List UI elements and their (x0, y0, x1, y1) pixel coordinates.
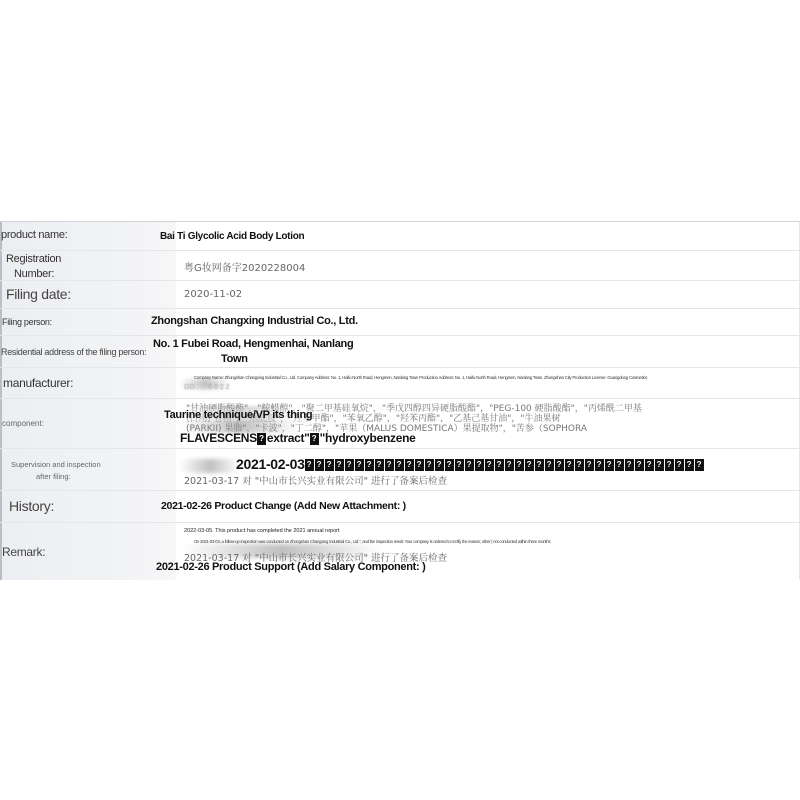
replacement-char-icon: ? (315, 459, 324, 471)
blur-smear (180, 459, 240, 473)
replacement-char-icon: ? (485, 459, 494, 471)
replacement-char-icon: ? (675, 459, 684, 471)
replacement-char-icon: ? (635, 459, 644, 471)
replacement-char-icon: ? (445, 459, 454, 471)
replacement-char-icon: ? (665, 459, 674, 471)
label-product-name: product name: (1, 229, 67, 241)
replacement-char-icon: ? (257, 433, 266, 445)
replacement-char-icon: ? (655, 459, 664, 471)
replacement-char-icon: ? (595, 459, 604, 471)
value-manufacturer: Company Name: Zhongshan Changxing Indust… (194, 375, 647, 380)
replacement-char-icon: ? (325, 459, 334, 471)
value-filing-person: Zhongshan Changxing Industrial Co., Ltd. (151, 315, 358, 327)
replacement-char-icon: ? (310, 433, 319, 445)
replacement-char-icon: ? (425, 459, 434, 471)
row-supervision: Supervision and inspection after filing:… (0, 449, 799, 491)
replacement-char-icon: ? (385, 459, 394, 471)
label-history: History: (9, 498, 54, 514)
replacement-char-icon: ? (575, 459, 584, 471)
label-filing-date: Filing date: (6, 286, 71, 302)
replacement-char-icon: ? (585, 459, 594, 471)
row-manufacturer: manufacturer: Company Name: Zhongshan Ch… (0, 368, 799, 399)
row-product-name: product name: Bai Ti Glycolic Acid Body … (0, 222, 799, 251)
label-component: component: (2, 419, 44, 428)
value-product-name: Bai Ti Glycolic Acid Body Lotion (160, 231, 304, 242)
row-component: component: "甘油硬脂酸酯"，"鲸蜡醇"，"聚二甲基硅氧烷"，"季戊四… (0, 399, 799, 449)
replacement-char-icon: ? (495, 459, 504, 471)
replacement-char-icon: ? (365, 459, 374, 471)
replacement-char-icon: ? (555, 459, 564, 471)
replacement-char-icon: ? (415, 459, 424, 471)
row-filing-date: Filing date: 2020-11-02 (0, 281, 799, 309)
replacement-char-icon: ? (395, 459, 404, 471)
replacement-char-icon: ? (515, 459, 524, 471)
value-address-line1: No. 1 Fubei Road, Hengmenhai, Nanlang (153, 338, 353, 350)
replacement-char-icon: ? (355, 459, 364, 471)
label-registration-number-2: Number: (14, 268, 54, 280)
garbled-text: ???????????????????????????????????????? (305, 456, 705, 472)
supervision-cn-line: 2021-03-17 对 "中山市长兴实业有限公司" 进行了备案后检查 (184, 473, 447, 487)
replacement-char-icon: ? (455, 459, 464, 471)
replacement-char-icon: ? (695, 459, 704, 471)
replacement-char-icon: ? (545, 459, 554, 471)
replacement-char-icon: ? (465, 459, 474, 471)
value-history: 2021-02-26 Product Change (Add New Attac… (161, 500, 406, 512)
label-supervision-1: Supervision and inspection (11, 460, 101, 469)
label-manufacturer: manufacturer: (3, 376, 73, 390)
value-address-line2: Town (221, 353, 248, 365)
replacement-char-icon: ? (335, 459, 344, 471)
replacement-char-icon: ? (535, 459, 544, 471)
replacement-char-icon: ? (375, 459, 384, 471)
component-overlay-line2: FLAVESCENS?extract"?"hydroxybenzene (180, 431, 415, 445)
replacement-char-icon: ? (405, 459, 414, 471)
label-residential-address: Residential address of the filing person… (1, 347, 146, 357)
label-registration-number-1: Registration (6, 253, 61, 265)
supervision-overlay: 2021-02-03??????????????????????????????… (236, 456, 705, 472)
replacement-char-icon: ? (435, 459, 444, 471)
label-supervision-2: after filing: (36, 472, 71, 481)
replacement-char-icon: ? (505, 459, 514, 471)
replacement-char-icon: ? (625, 459, 634, 471)
row-remark: Remark: 2022-03-05. This product has com… (0, 523, 799, 580)
value-registration-number: 粤G妆网备字2020228004 (184, 259, 305, 274)
remark-overlay: 2021-02-26 Product Support (Add Salary C… (156, 561, 426, 573)
replacement-char-icon: ? (345, 459, 354, 471)
row-registration-number: Registration Number: 粤G妆网备字2020228004 (0, 251, 799, 281)
replacement-char-icon: ? (605, 459, 614, 471)
remark-line1: 2022-03-05. This product has completed t… (184, 528, 340, 534)
replacement-char-icon: ? (685, 459, 694, 471)
label-filing-person: Filing person: (2, 317, 52, 327)
component-overlay-line1: Taurine technique/VP its thing (164, 409, 312, 421)
replacement-char-icon: ? (565, 459, 574, 471)
value-manufacturer-blurred: GD . . . 0 0 2 2 (184, 384, 230, 391)
replacement-char-icon: ? (475, 459, 484, 471)
row-residential-address: Residential address of the filing person… (0, 336, 799, 368)
value-filing-date: 2020-11-02 (184, 289, 242, 300)
replacement-char-icon: ? (615, 459, 624, 471)
row-history: History: 2021-02-26 Product Change (Add … (0, 491, 799, 523)
product-filing-table: product name: Bai Ti Glycolic Acid Body … (0, 221, 800, 579)
label-remark: Remark: (2, 545, 45, 559)
replacement-char-icon: ? (305, 459, 314, 471)
row-filing-person: Filing person: Zhongshan Changxing Indus… (0, 309, 799, 336)
supervision-overlay-date: 2021-02-03 (236, 456, 305, 472)
replacement-char-icon: ? (525, 459, 534, 471)
replacement-char-icon: ? (645, 459, 654, 471)
